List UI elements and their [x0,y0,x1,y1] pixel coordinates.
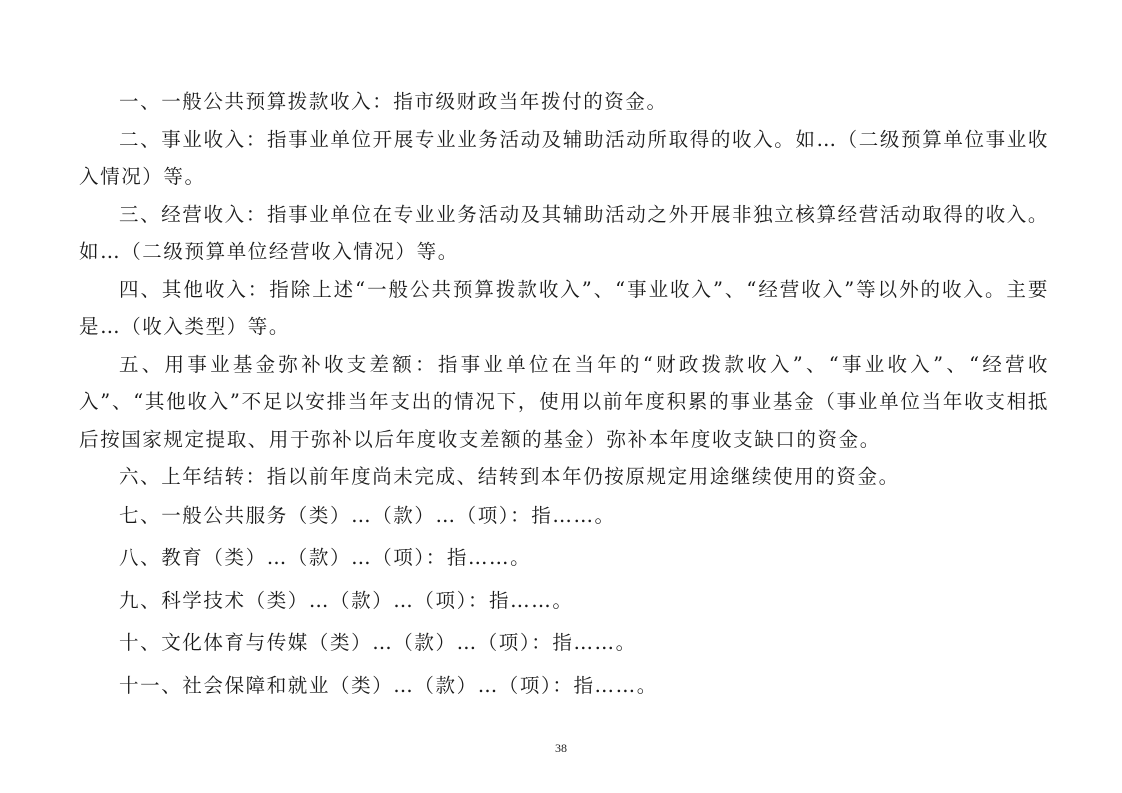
item-general-public-services: 七、一般公共服务（类）…（款）…（项）：指……。 [79,502,1049,545]
item-education: 八、教育（类）…（款）…（项）：指……。 [79,544,1049,587]
paragraph-operating-income: 三、经营收入：指事业单位在专业业务活动及其辅助活动之外开展非独立核算经营活动取得… [79,196,1049,271]
item-science-technology: 九、科学技术（类）…（款）…（项）：指……。 [79,587,1049,630]
paragraph-other-income: 四、其他收入：指除上述“一般公共预算拨款收入”、“事业收入”、“经营收入”等以外… [79,271,1049,346]
item-social-security-employment: 十一、社会保障和就业（类）…（款）…（项）：指……。 [79,672,1049,715]
page-number: 38 [0,741,1122,756]
document-page: 一、一般公共预算拨款收入：指市级财政当年拨付的资金。 二、事业收入：指事业单位开… [79,83,1049,714]
paragraph-prior-year-carryover: 六、上年结转：指以前年度尚未完成、结转到本年仍按原规定用途继续使用的资金。 [79,458,1049,496]
paragraph-general-budget-income: 一、一般公共预算拨款收入：指市级财政当年拨付的资金。 [79,83,1049,121]
paragraph-business-fund-offset: 五、用事业基金弥补收支差额：指事业单位在当年的“财政拨款收入”、“事业收入”、“… [79,346,1049,459]
item-culture-sports-media: 十、文化体育与传媒（类）…（款）…（项）：指……。 [79,629,1049,672]
paragraph-business-income: 二、事业收入：指事业单位开展专业业务活动及辅助活动所取得的收入。如…（二级预算单… [79,121,1049,196]
